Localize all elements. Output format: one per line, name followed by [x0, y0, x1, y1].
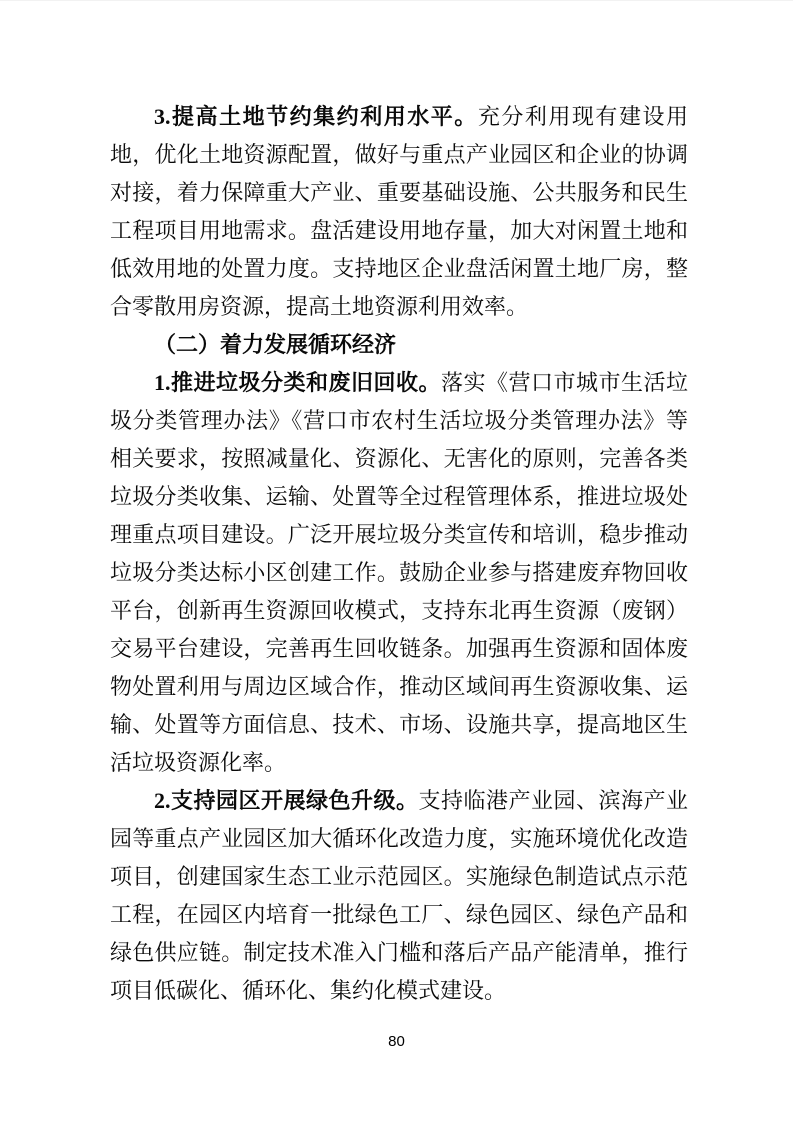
paragraph: 2.支持园区开展绿色升级。支持临港产业园、滨海产业园等重点产业园区加大循环化改造… [110, 782, 688, 1010]
paragraph: 3.提高土地节约集约利用水平。充分利用现有建设用地，优化土地资源配置，做好与重点… [110, 98, 688, 326]
page-footer: 80 [0, 1033, 793, 1051]
document-page: 3.提高土地节约集约利用水平。充分利用现有建设用地，优化土地资源配置，做好与重点… [0, 0, 793, 1122]
paragraph-text: 支持临港产业园、滨海产业园等重点产业园区加大循环化改造力度，实施环境优化改造项目… [110, 788, 688, 1003]
paragraph-text: 充分利用现有建设用地，优化土地资源配置，做好与重点产业园区和企业的协调对接，着力… [110, 104, 688, 319]
paragraph-lead: 1.推进垃圾分类和废旧回收。 [154, 370, 441, 395]
paragraph: 1.推进垃圾分类和废旧回收。落实《营口市城市生活垃圾分类管理办法》《营口市农村生… [110, 364, 688, 782]
page-number: 80 [388, 1033, 405, 1050]
paragraph-lead: 3.提高土地节约集约利用水平。 [154, 104, 478, 129]
paragraph-lead: 2.支持园区开展绿色升级。 [154, 788, 418, 813]
section-heading: （二）着力发展循环经济 [110, 326, 688, 364]
document-body: 3.提高土地节约集约利用水平。充分利用现有建设用地，优化土地资源配置，做好与重点… [110, 98, 688, 1010]
paragraph-text: 落实《营口市城市生活垃圾分类管理办法》《营口市农村生活垃圾分类管理办法》等相关要… [110, 370, 688, 775]
